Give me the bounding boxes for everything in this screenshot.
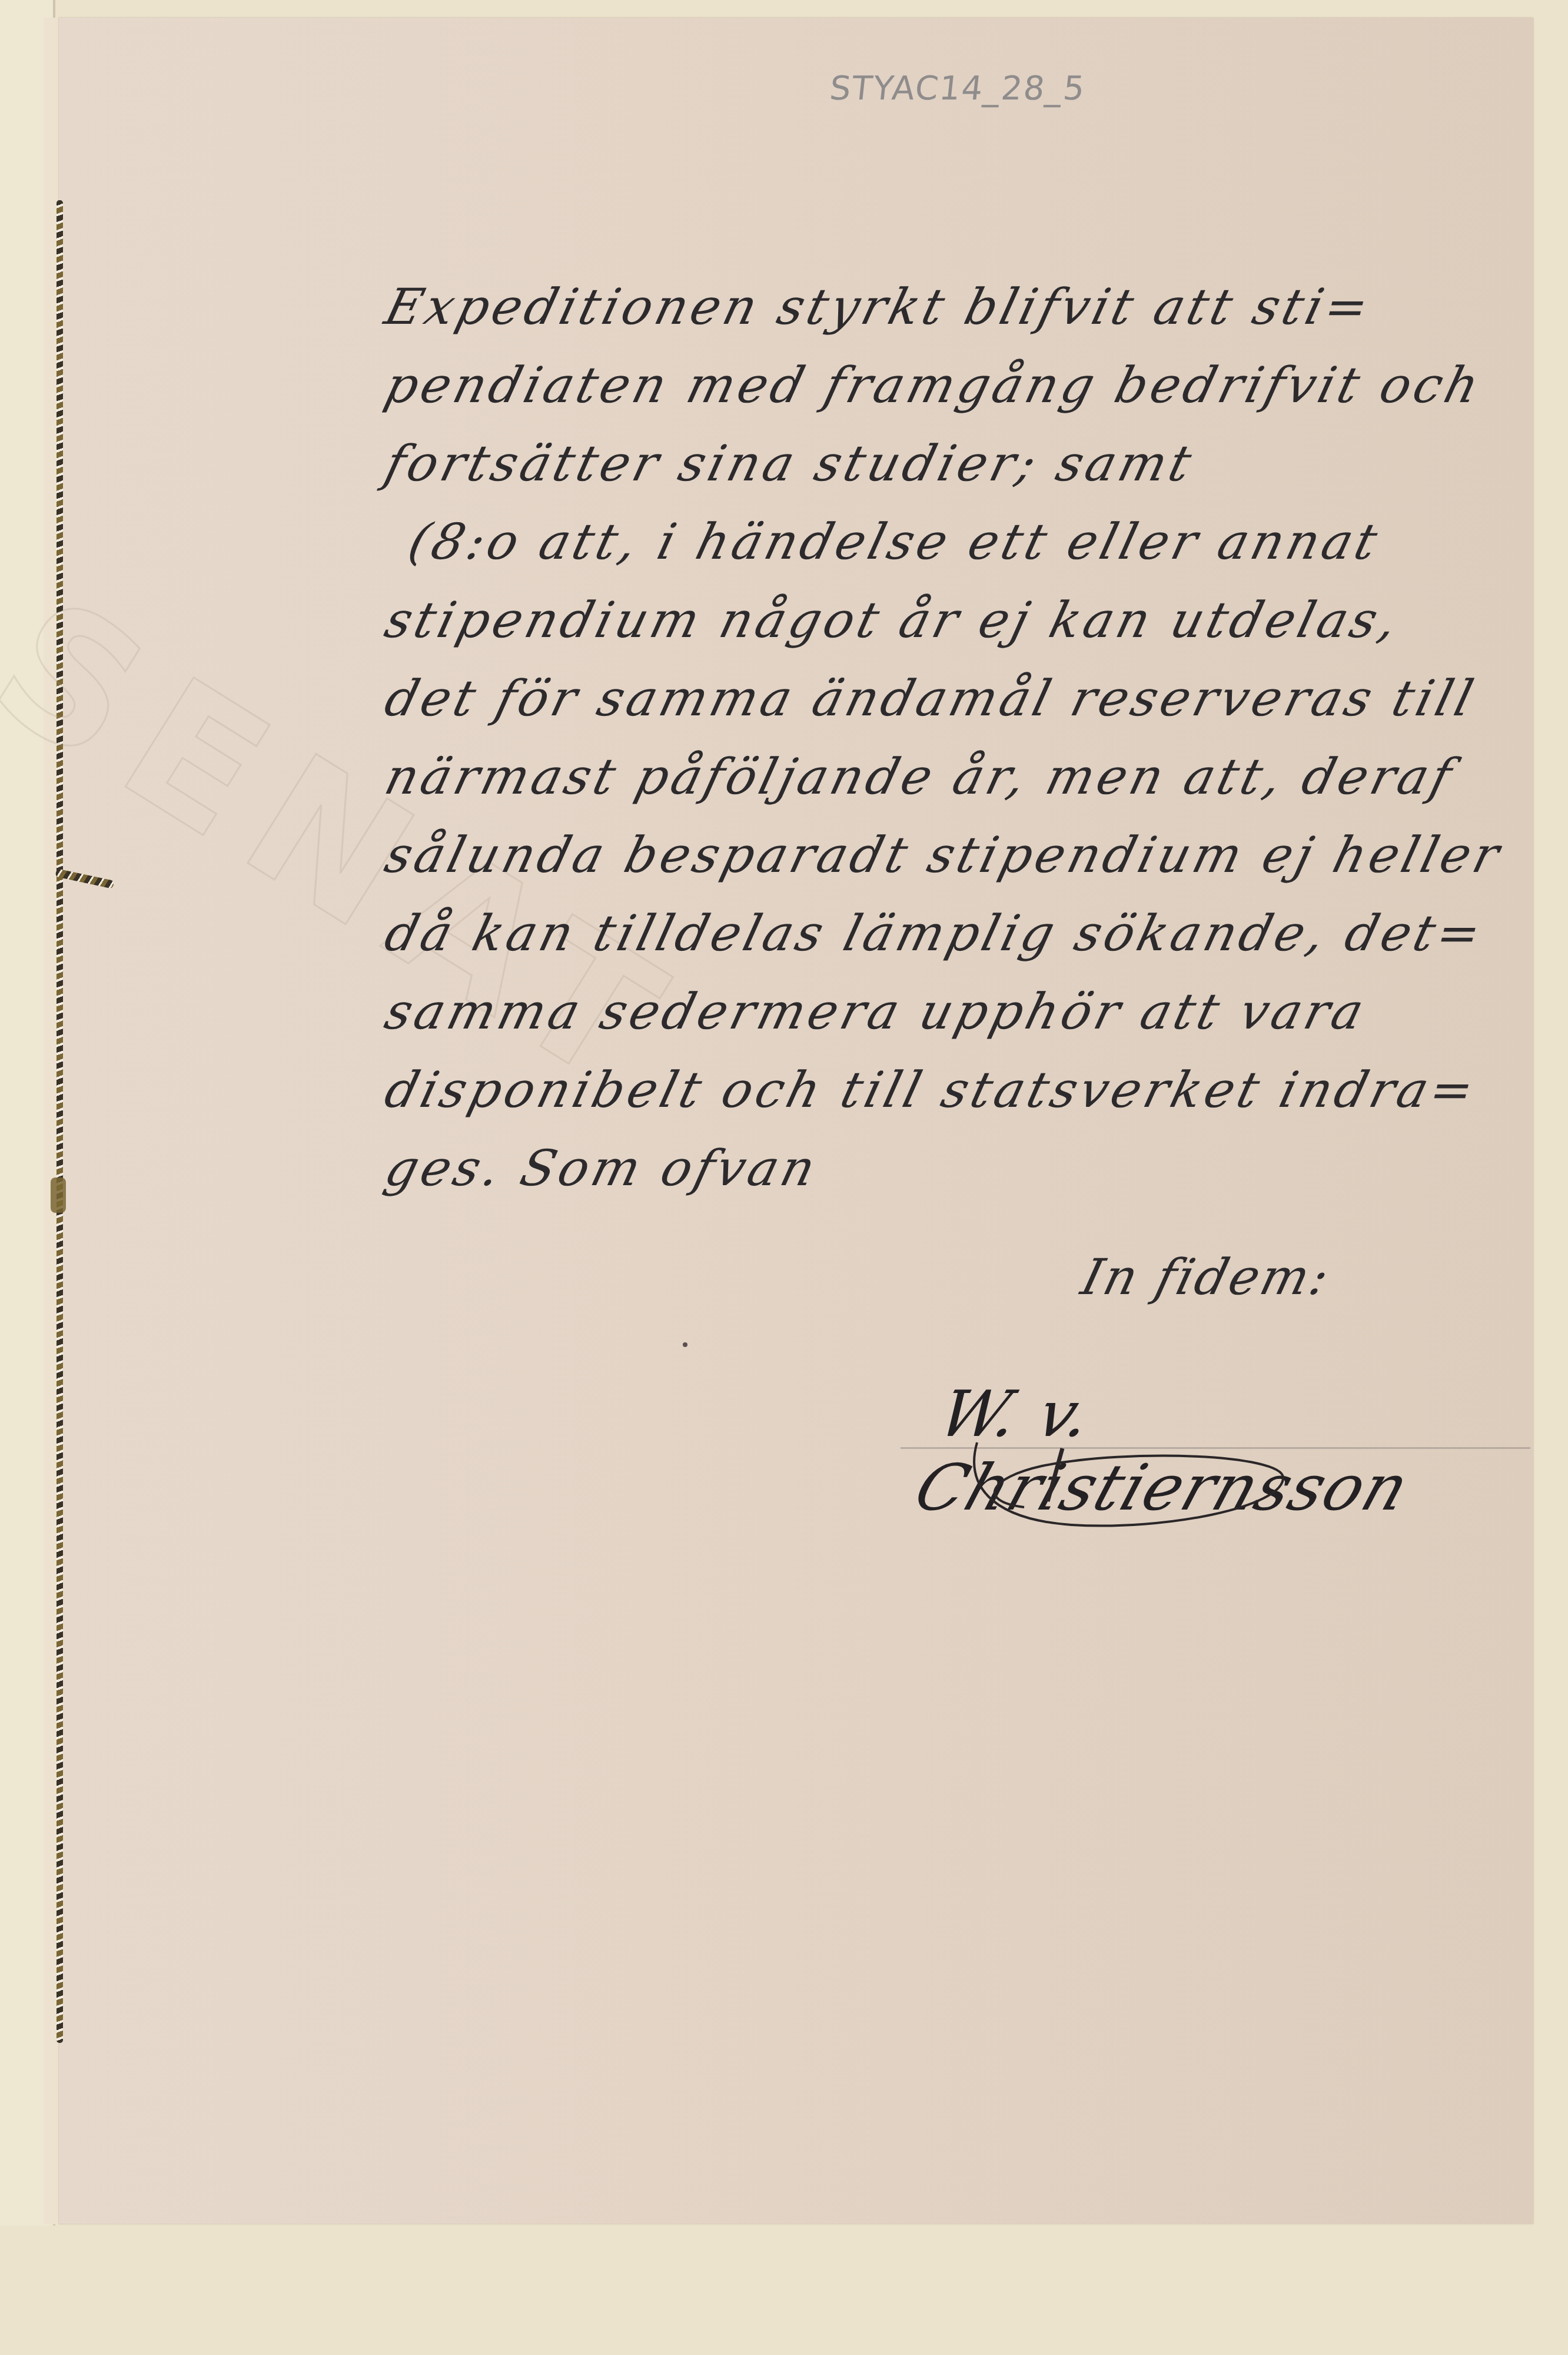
- text-line: samma sedermera upphör att vara: [377, 973, 1544, 1051]
- text-line: stipendium något år ej kan utdelas,: [377, 581, 1544, 659]
- text-line: (8:o att, i händelse ett eller annat: [377, 503, 1544, 581]
- text-line: pendiaten med framgång bedrifvit och: [377, 346, 1544, 424]
- binding-cord: [57, 200, 63, 2043]
- handwritten-body: Expeditionen styrkt blifvit att sti= pen…: [377, 268, 1524, 1208]
- text-line: då kan tilldelas lämplig sökande, det=: [377, 894, 1544, 973]
- archive-id-label: STYAC14_28_5: [828, 69, 1088, 108]
- text-line: fortsätter sina studier; samt: [377, 424, 1544, 503]
- binding-cord-knot-lower: [51, 1177, 66, 1213]
- text-line: Expeditionen styrkt blifvit att sti=: [377, 268, 1544, 346]
- text-line: disponibelt och till statsverket indra=: [377, 1051, 1544, 1129]
- text-line: närmast påföljande år, men att, deraf: [377, 738, 1544, 816]
- text-line: det för samma ändamål reserveras till: [377, 659, 1544, 738]
- text-line: sålunda besparadt stipendium ej heller: [377, 816, 1544, 894]
- ink-speck: [683, 1342, 687, 1347]
- signature-flourish-icon: [954, 1437, 1366, 1531]
- text-line: ges. Som ofvan: [377, 1129, 1544, 1208]
- closing-in-fidem: In fidem:: [1076, 1248, 1337, 1306]
